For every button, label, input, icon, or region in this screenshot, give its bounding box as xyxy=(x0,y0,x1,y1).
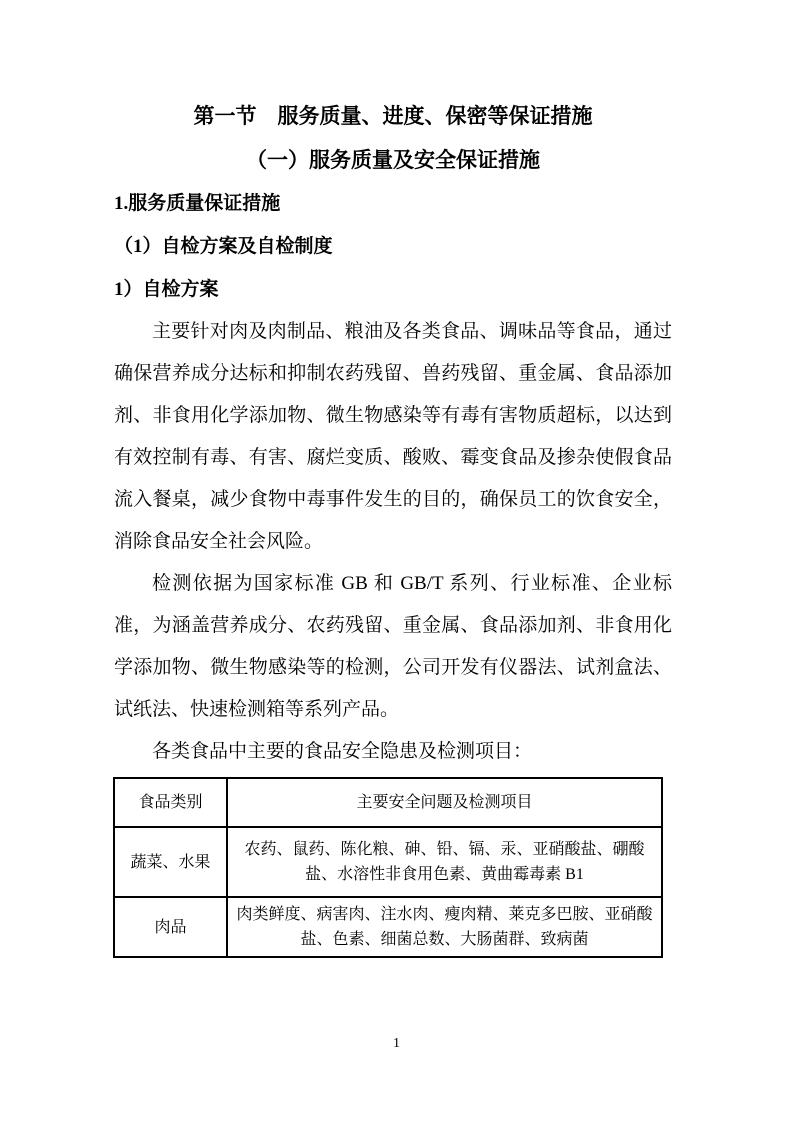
heading-level3: 1）自检方案 xyxy=(114,268,672,311)
paragraph-testing-standards: 检测依据为国家标准 GB 和 GB/T 系列、行业标准、企业标准，为涵盖营养成分… xyxy=(114,563,672,731)
table-header-category: 食品类别 xyxy=(114,778,227,827)
heading-level2: （1）自检方案及自检制度 xyxy=(114,225,672,268)
table-cell-category: 肉品 xyxy=(114,897,227,957)
document-page: 第一节 服务质量、进度、保密等保证措施 （一）服务质量及安全保证措施 1.服务质… xyxy=(0,0,793,1122)
table-header-row: 食品类别 主要安全问题及检测项目 xyxy=(114,778,662,827)
section-title: 第一节 服务质量、进度、保密等保证措施 xyxy=(114,94,672,138)
document-body: 第一节 服务质量、进度、保密等保证措施 （一）服务质量及安全保证措施 1.服务质… xyxy=(114,0,672,958)
sub-section-title: （一）服务质量及安全保证措施 xyxy=(114,138,672,182)
table-row: 肉品 肉类鲜度、病害肉、注水肉、瘦肉精、莱克多巴胺、亚硝酸盐、色素、细菌总数、大… xyxy=(114,897,662,957)
table-header-issues: 主要安全问题及检测项目 xyxy=(227,778,662,827)
food-safety-table: 食品类别 主要安全问题及检测项目 蔬菜、水果 农药、鼠药、陈化粮、砷、铅、镉、汞… xyxy=(113,777,663,958)
paragraph-self-check-purpose: 主要针对肉及肉制品、粮油及各类食品、调味品等食品，通过确保营养成分达标和抑制农药… xyxy=(114,311,672,563)
page-number: 1 xyxy=(0,1036,793,1052)
table-cell-items: 农药、鼠药、陈化粮、砷、铅、镉、汞、亚硝酸盐、硼酸盐、水溶性非食用色素、黄曲霉毒… xyxy=(227,827,662,897)
table-cell-items: 肉类鲜度、病害肉、注水肉、瘦肉精、莱克多巴胺、亚硝酸盐、色素、细菌总数、大肠菌群… xyxy=(227,897,662,957)
table-cell-category: 蔬菜、水果 xyxy=(114,827,227,897)
table-row: 蔬菜、水果 农药、鼠药、陈化粮、砷、铅、镉、汞、亚硝酸盐、硼酸盐、水溶性非食用色… xyxy=(114,827,662,897)
heading-level1: 1.服务质量保证措施 xyxy=(114,182,672,225)
paragraph-table-intro: 各类食品中主要的食品安全隐患及检测项目： xyxy=(114,731,672,773)
